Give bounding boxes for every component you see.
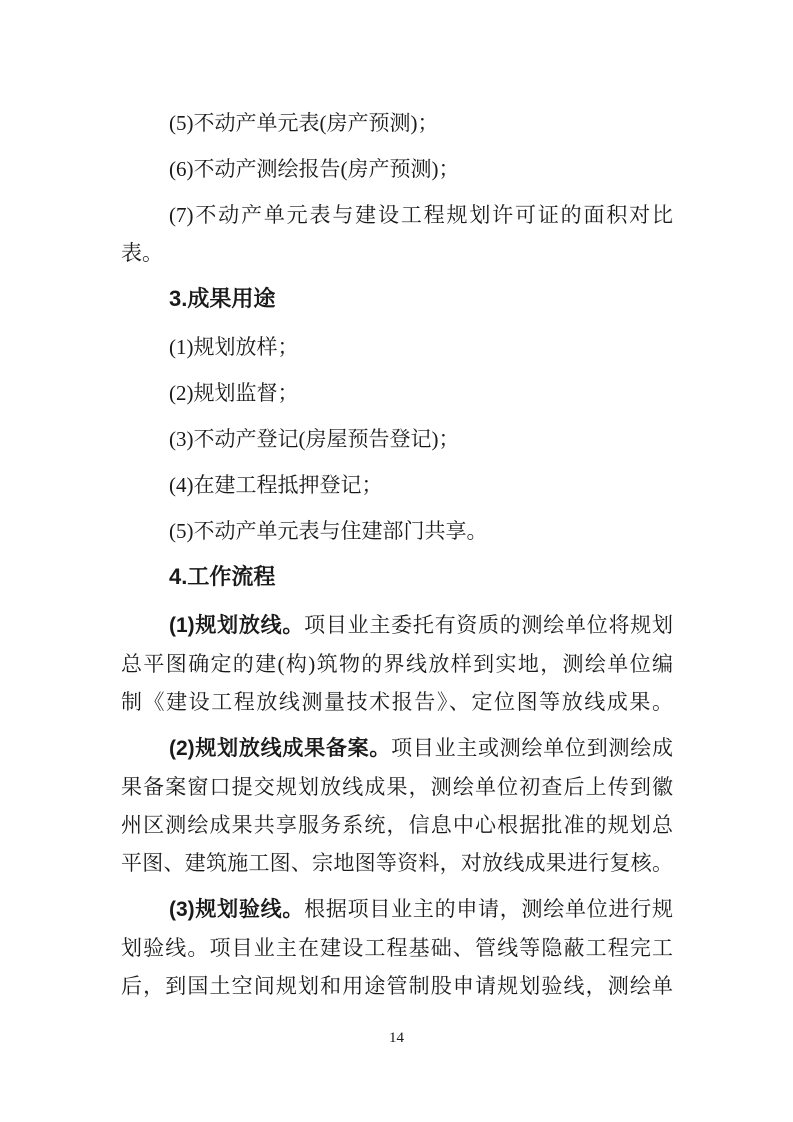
list-item: (3)不动产登记(房屋预告登记)； — [121, 420, 673, 458]
run-in-bold-label: (2)规划放线成果备案。 — [169, 737, 391, 760]
paragraph: (2)规划放线成果备案。项目业主或测绘单位到测绘成 果备案窗口提交规划放线成果，… — [121, 729, 673, 882]
section-heading-4: 4.工作流程 — [121, 558, 673, 596]
text-line: 表。 — [121, 234, 673, 272]
page-footer: 14 — [0, 1028, 793, 1048]
paragraph: (7)不动产单元表与建设工程规划许可证的面积对比 表。 — [121, 196, 673, 272]
list-item: (4)在建工程抵押登记； — [121, 466, 673, 504]
text-line: (5)不动产单元表与住建部门共享。 — [121, 512, 673, 550]
text-line: (6)不动产测绘报告(房产预测)； — [121, 150, 673, 188]
text-line: 州区测绘成果共享服务系统，信息中心根据批准的规划总 — [121, 806, 673, 844]
text-line: (3)规划验线。根据项目业主的申请，测绘单位进行规 — [121, 890, 673, 929]
paragraph: (1)规划放线。项目业主委托有资质的测绘单位将规划 总平图确定的建(构)筑物的界… — [121, 606, 673, 721]
text-line: (5)不动产单元表(房产预测)； — [121, 104, 673, 142]
text-line: (2)规划监督； — [121, 374, 673, 412]
text-run: 项目业主委托有资质的测绘单位将规划 — [304, 613, 673, 637]
page-number: 14 — [389, 1030, 404, 1046]
section-heading-3: 3.成果用途 — [121, 280, 673, 318]
list-item: (2)规划监督； — [121, 374, 673, 412]
text-line: 制《建设工程放线测量技术报告》、定位图等放线成果。 — [121, 683, 673, 721]
text-line: 平图、建筑施工图、宗地图等资料，对放线成果进行复核。 — [121, 844, 673, 882]
run-in-bold-label: (1)规划放线。 — [169, 614, 304, 637]
text-line: (1)规划放线。项目业主委托有资质的测绘单位将规划 — [121, 606, 673, 645]
heading-text: 3.成果用途 — [121, 280, 673, 318]
list-item: (5)不动产单元表与住建部门共享。 — [121, 512, 673, 550]
text-line: (7)不动产单元表与建设工程规划许可证的面积对比 — [121, 196, 673, 234]
list-item: (1)规划放样； — [121, 328, 673, 366]
list-item: (5)不动产单元表(房产预测)； — [121, 104, 673, 142]
text-line: 果备案窗口提交规划放线成果，测绘单位初查后上传到徽 — [121, 768, 673, 806]
text-line: (4)在建工程抵押登记； — [121, 466, 673, 504]
text-line: (1)规划放样； — [121, 328, 673, 366]
document-page: (5)不动产单元表(房产预测)； (6)不动产测绘报告(房产预测)； (7)不动… — [0, 0, 793, 1122]
text-line: (2)规划放线成果备案。项目业主或测绘单位到测绘成 — [121, 729, 673, 768]
heading-text: 4.工作流程 — [121, 558, 673, 596]
text-run: 根据项目业主的申请，测绘单位进行规 — [304, 897, 673, 921]
text-line: (3)不动产登记(房屋预告登记)； — [121, 420, 673, 458]
text-line: 总平图确定的建(构)筑物的界线放样到实地，测绘单位编 — [121, 645, 673, 683]
paragraph: (3)规划验线。根据项目业主的申请，测绘单位进行规 划验线。项目业主在建设工程基… — [121, 890, 673, 1005]
text-line: 后，到国土空间规划和用途管制股申请规划验线，测绘单 — [121, 967, 673, 1005]
text-run: 项目业主或测绘单位到测绘成 — [391, 736, 673, 760]
page-content: (5)不动产单元表(房产预测)； (6)不动产测绘报告(房产预测)； (7)不动… — [121, 104, 673, 1013]
text-line: 划验线。项目业主在建设工程基础、管线等隐蔽工程完工 — [121, 929, 673, 967]
list-item: (6)不动产测绘报告(房产预测)； — [121, 150, 673, 188]
run-in-bold-label: (3)规划验线。 — [169, 898, 304, 921]
